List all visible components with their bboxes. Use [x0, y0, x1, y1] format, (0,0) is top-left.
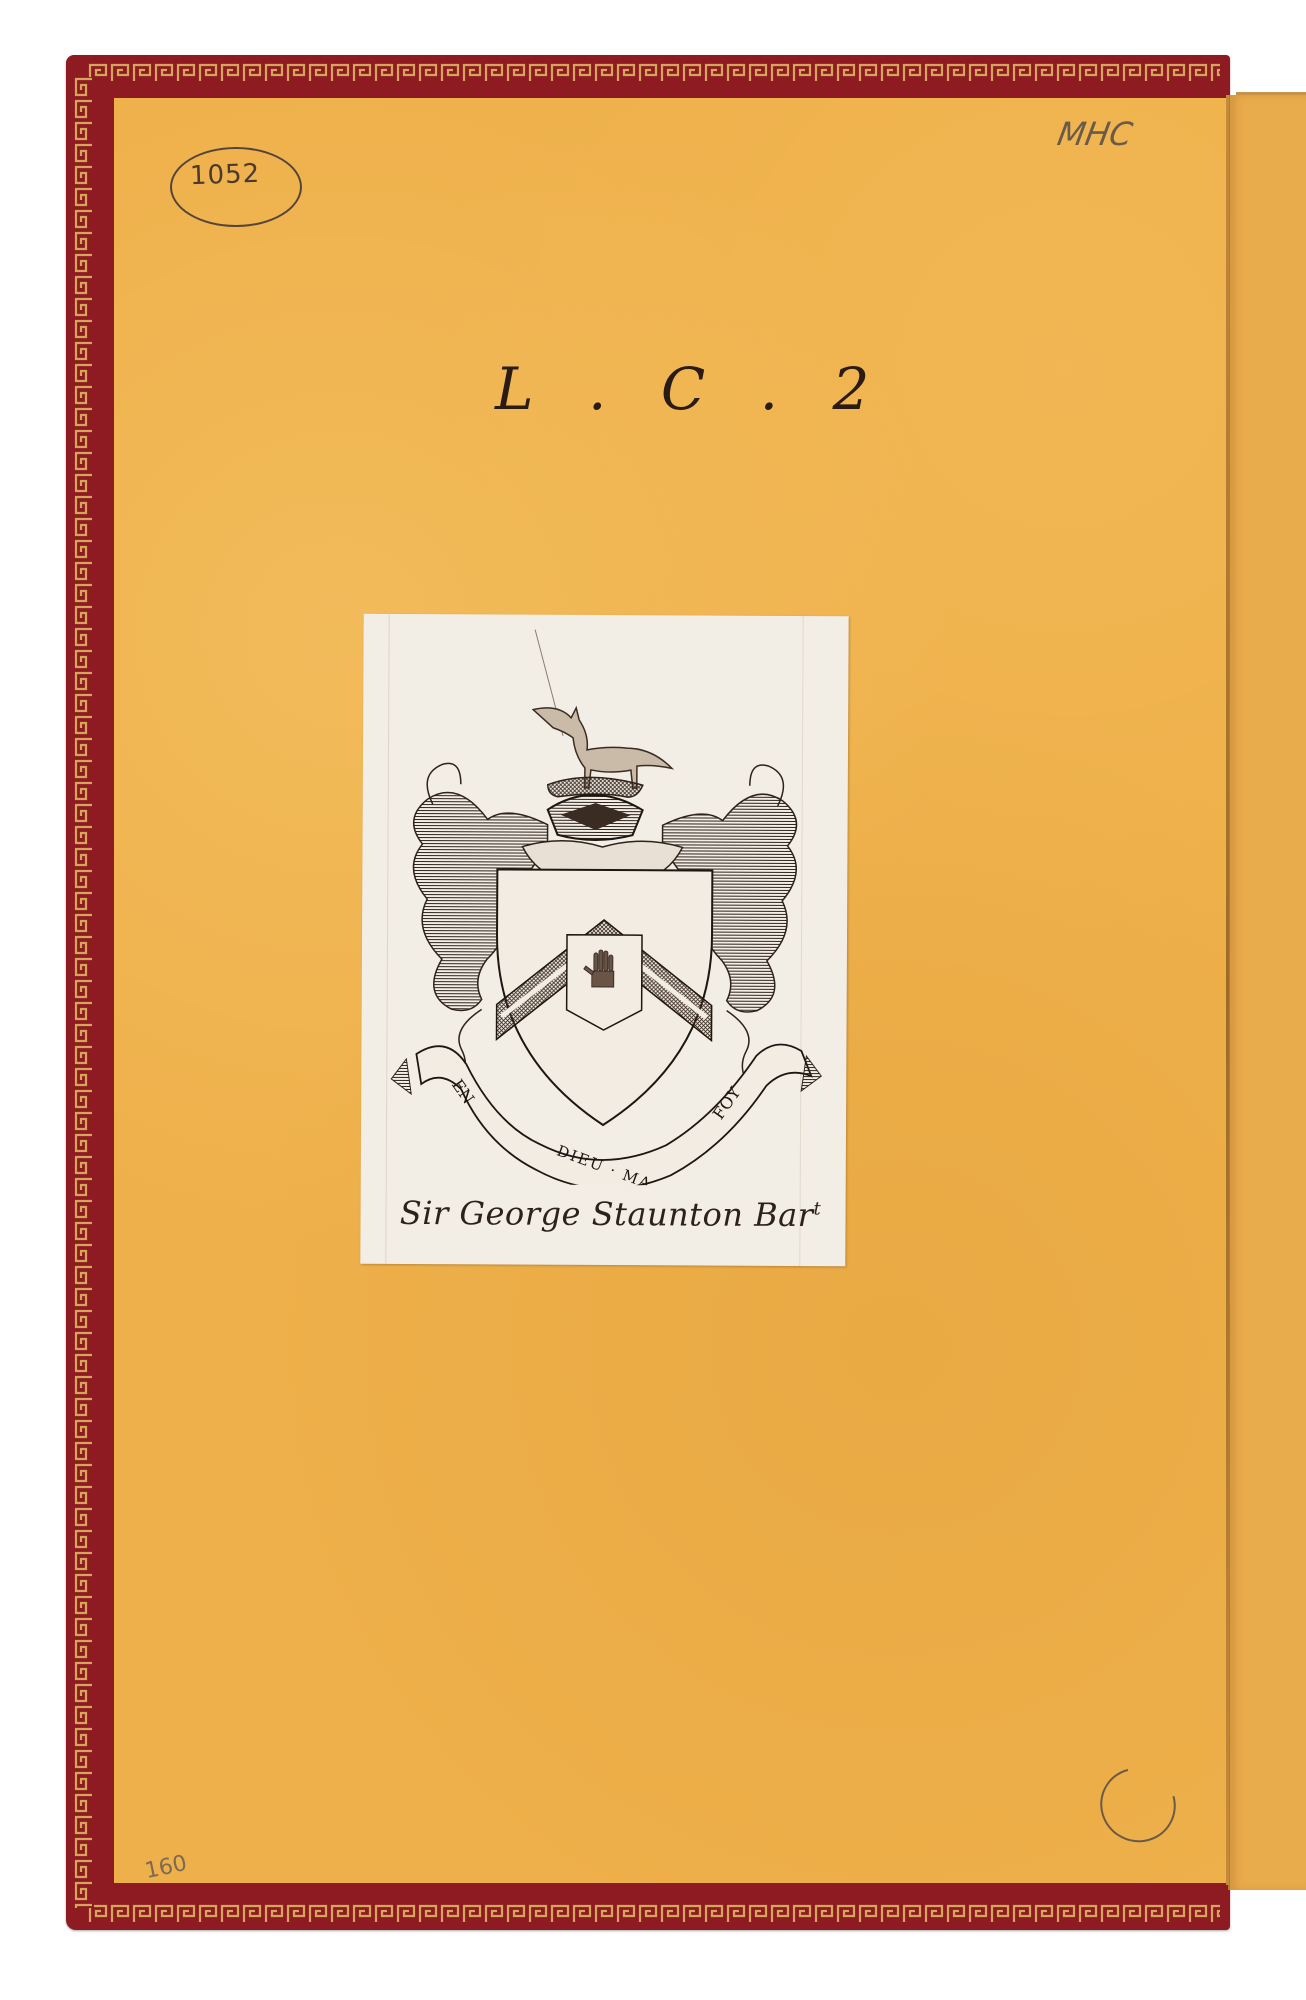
free-endpaper-flyleaf [1228, 95, 1306, 1890]
shield-icon [496, 869, 712, 1125]
pencil-initials-annotation: MHC [1055, 115, 1136, 153]
ink-shelfmark: L . C . 2 [495, 355, 887, 423]
coat-of-arms-engraving: EN DIEU · MA FOY [361, 614, 849, 1187]
helm-icon [548, 795, 643, 840]
fox-crest-icon [533, 708, 672, 798]
owner-name-text: Sir George Staunton Bar [400, 1194, 814, 1234]
circled-number-annotation: 1052 [189, 159, 260, 191]
gilt-greek-key-border-top [88, 61, 1220, 83]
gilt-greek-key-border-left [72, 77, 94, 1908]
bookplate-owner-name: Sir George Staunton Bart [390, 1194, 830, 1234]
armorial-bookplate: EN DIEU · MA FOY Sir George Staunton Bar… [360, 614, 848, 1267]
gilt-greek-key-border-bottom [88, 1902, 1220, 1924]
owner-name-suffix: t [813, 1198, 821, 1219]
hinge-gutter [1226, 95, 1229, 1885]
